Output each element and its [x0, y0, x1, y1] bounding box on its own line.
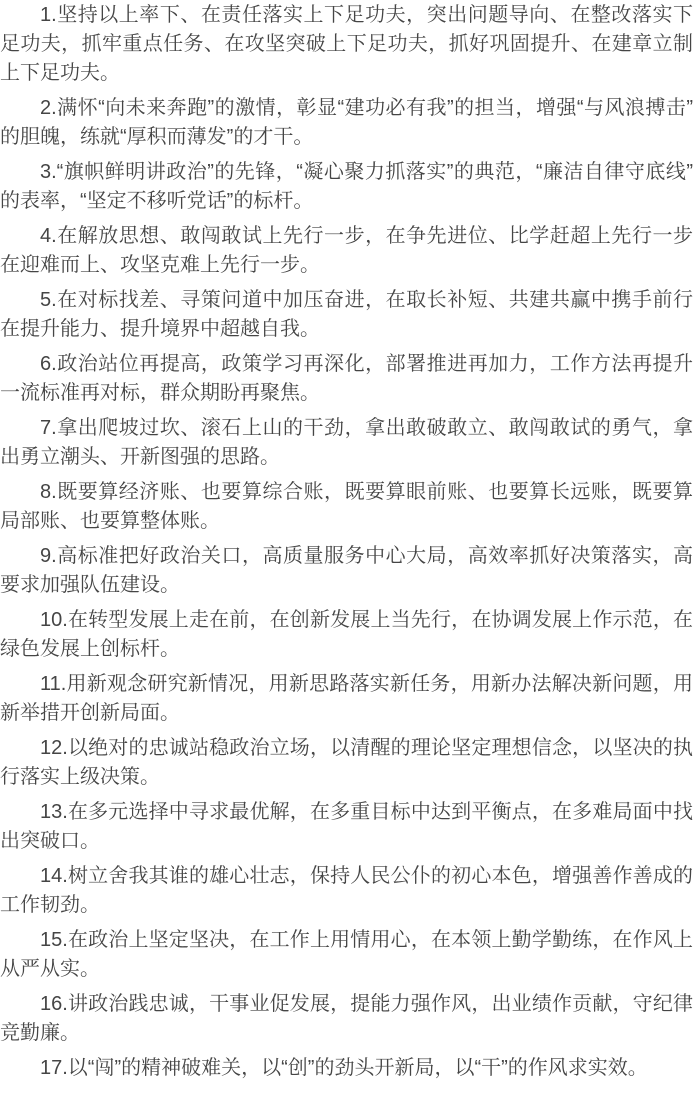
paragraph-7: 7.拿出爬坡过坎、滚石上山的干劲，拿出敢破敢立、敢闯敢试的勇气，拿出勇立潮头、开…	[0, 414, 693, 472]
paragraph-8: 8.既要算经济账、也要算综合账，既要算眼前账、也要算长远账，既要算局部账、也要算…	[0, 478, 693, 536]
paragraph-11: 11.用新观念研究新情况，用新思路落实新任务，用新办法解决新问题，用新举措开创新…	[0, 670, 693, 728]
paragraph-12: 12.以绝对的忠诚站稳政治立场，以清醒的理论坚定理想信念，以坚决的执行落实上级决…	[0, 734, 693, 792]
paragraph-17: 17.以“闯”的精神破难关，以“创”的劲头开新局，以“干”的作风求实效。	[0, 1054, 693, 1083]
paragraph-4: 4.在解放思想、敢闯敢试上先行一步，在争先进位、比学赶超上先行一步在迎难而上、攻…	[0, 222, 693, 280]
paragraph-9: 9.高标准把好政治关口，高质量服务中心大局，高效率抓好决策落实，高要求加强队伍建…	[0, 542, 693, 600]
paragraph-13: 13.在多元选择中寻求最优解，在多重目标中达到平衡点，在多难局面中找出突破口。	[0, 798, 693, 856]
document-body: 1.坚持以上率下、在责任落实上下足功夫，突出问题导向、在整改落实下足功夫，抓牢重…	[0, 0, 693, 1097]
paragraph-16: 16.讲政治践忠诚，干事业促发展，提能力强作风，出业绩作贡献，守纪律竞勤廉。	[0, 990, 693, 1048]
paragraph-1: 1.坚持以上率下、在责任落实上下足功夫，突出问题导向、在整改落实下足功夫，抓牢重…	[0, 1, 693, 88]
paragraph-3: 3.“旗帜鲜明讲政治”的先锋，“凝心聚力抓落实”的典范，“廉洁自律守底线”的表率…	[0, 158, 693, 216]
paragraph-6: 6.政治站位再提高，政策学习再深化，部署推进再加力，工作方法再提升一流标准再对标…	[0, 350, 693, 408]
paragraph-2: 2.满怀“向未来奔跑”的激情，彰显“建功必有我”的担当，增强“与风浪搏击”的胆魄…	[0, 94, 693, 152]
paragraph-5: 5.在对标找差、寻策问道中加压奋进，在取长补短、共建共赢中携手前行在提升能力、提…	[0, 286, 693, 344]
paragraph-14: 14.树立舍我其谁的雄心壮志，保持人民公仆的初心本色，增强善作善成的工作韧劲。	[0, 862, 693, 920]
paragraph-15: 15.在政治上坚定坚决，在工作上用情用心，在本领上勤学勤练，在作风上从严从实。	[0, 926, 693, 984]
paragraph-10: 10.在转型发展上走在前，在创新发展上当先行，在协调发展上作示范，在绿色发展上创…	[0, 606, 693, 664]
